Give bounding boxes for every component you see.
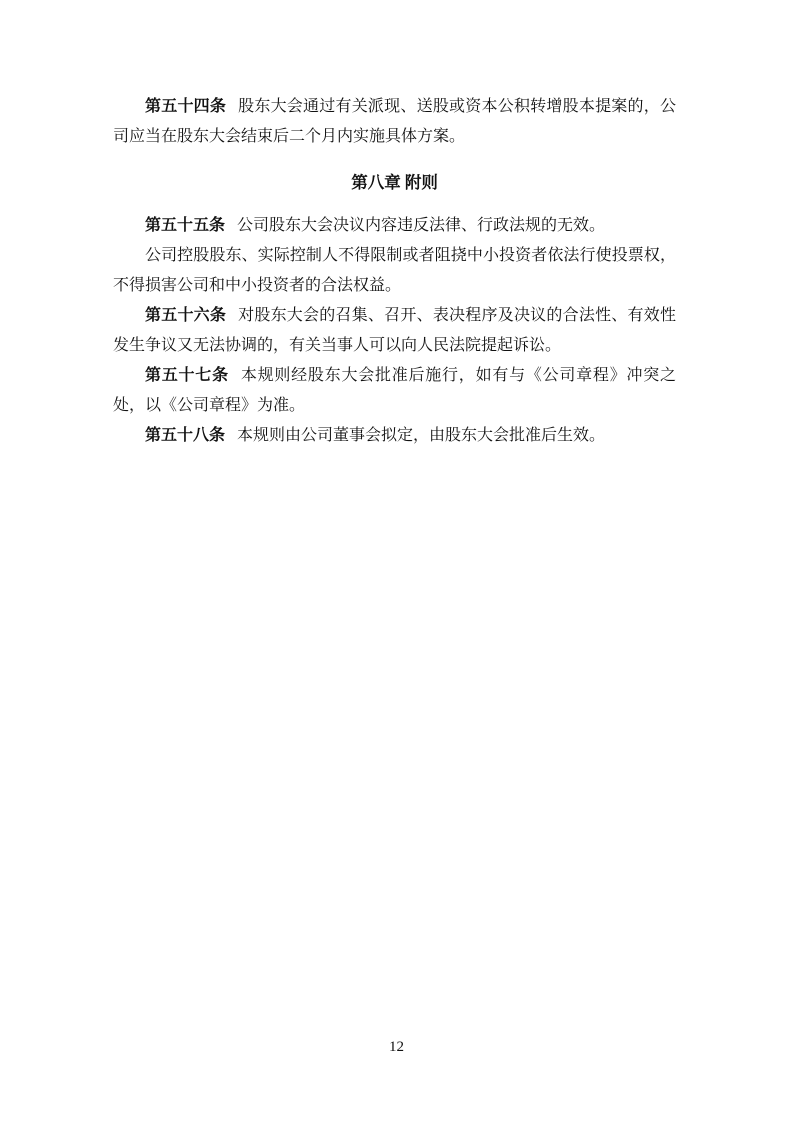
paragraph-article-56: 第五十六条对股东大会的召集、召开、表决程序及决议的合法性、有效性发生争议又无法协… [113,301,676,361]
article-55-number: 第五十五条 [145,217,225,234]
article-55-text: 公司股东大会决议内容违反法律、行政法规的无效。 [237,217,605,234]
article-58-number: 第五十八条 [145,427,225,444]
article-55-continuation-text: 公司控股股东、实际控制人不得限制或者阻挠中小投资者依法行使投票权，不得损害公司和… [113,247,676,294]
paragraph-article-54: 第五十四条股东大会通过有关派现、送股或资本公积转增股本提案的，公司应当在股东大会… [113,92,676,152]
document-page: 第五十四条股东大会通过有关派现、送股或资本公积转增股本提案的，公司应当在股东大会… [0,0,793,1122]
paragraph-article-58: 第五十八条本规则由公司董事会拟定，由股东大会批准后生效。 [113,421,676,451]
chapter-8-heading: 第八章 附则 [113,168,676,198]
article-56-number: 第五十六条 [145,307,226,324]
article-58-text: 本规则由公司董事会拟定，由股东大会批准后生效。 [237,427,605,444]
paragraph-article-57: 第五十七条本规则经股东大会批准后施行，如有与《公司章程》冲突之处，以《公司章程》… [113,361,676,421]
page-number: 12 [389,1039,404,1055]
article-57-number: 第五十七条 [145,367,229,384]
page-footer: 12 [0,1036,793,1058]
article-54-number: 第五十四条 [145,98,226,115]
paragraph-article-55-continuation: 公司控股股东、实际控制人不得限制或者阻挠中小投资者依法行使投票权，不得损害公司和… [113,241,676,301]
paragraph-article-55: 第五十五条公司股东大会决议内容违反法律、行政法规的无效。 [113,211,676,241]
